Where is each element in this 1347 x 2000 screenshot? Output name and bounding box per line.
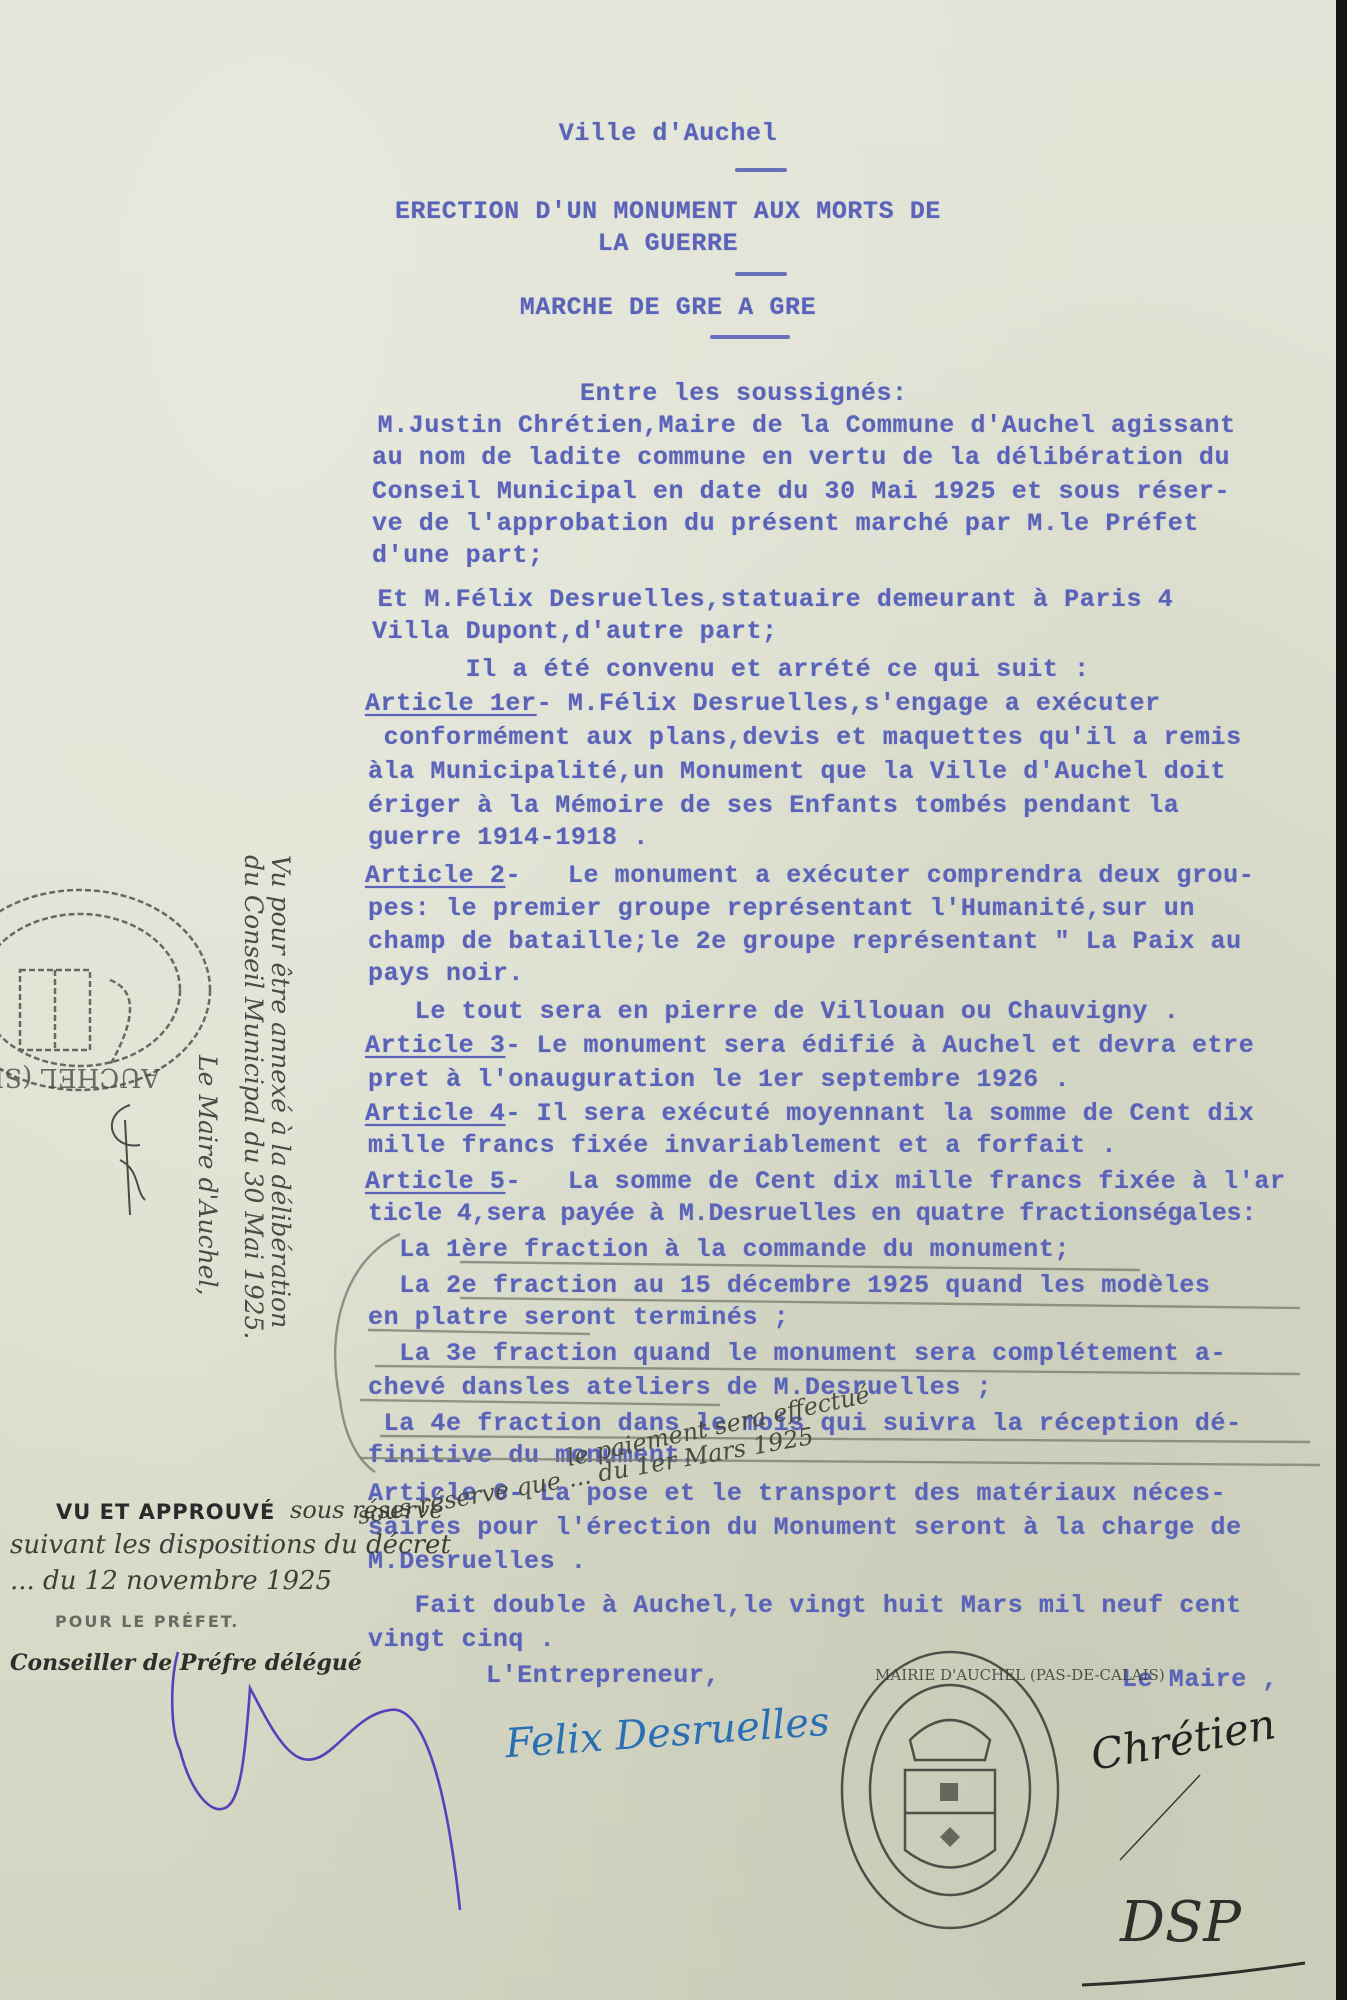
svg-text:AUCHEL (SP: AUCHEL (SP bbox=[0, 1062, 161, 1092]
approval-handwritten-suffix: sous réserve bbox=[290, 1496, 444, 1524]
margin-signature bbox=[90, 1100, 170, 1220]
seal-text: MAIRIE D'AUCHEL (PAS-DE-CALAIS) bbox=[875, 1666, 1165, 1684]
margin-seal-stamp: AUCHEL (SP bbox=[0, 895, 220, 1105]
initials-underline bbox=[1080, 1960, 1310, 1990]
mairie-seal-stamp: MAIRIE D'AUCHEL (PAS-DE-CALAIS) bbox=[835, 1645, 1065, 1935]
margin-handwriting: du Conseil Municipal du 30 Mai 1925. bbox=[239, 855, 268, 1339]
initials-dsp: DSP bbox=[1120, 1890, 1241, 1955]
mayor-signature-stroke bbox=[1100, 1770, 1220, 1870]
approval-stamp: VU ET APPROUVÉ bbox=[56, 1500, 275, 1524]
approval-handwritten-date: ... du 12 novembre 1925 bbox=[10, 1566, 332, 1596]
approval-handwritten-line: suivant les dispositions du décret bbox=[10, 1530, 451, 1560]
page-edge-shadow bbox=[1336, 0, 1347, 2000]
prefect-signature bbox=[0, 1620, 500, 2000]
margin-handwriting: Vu pour être annexé à la délibération bbox=[266, 855, 295, 1328]
